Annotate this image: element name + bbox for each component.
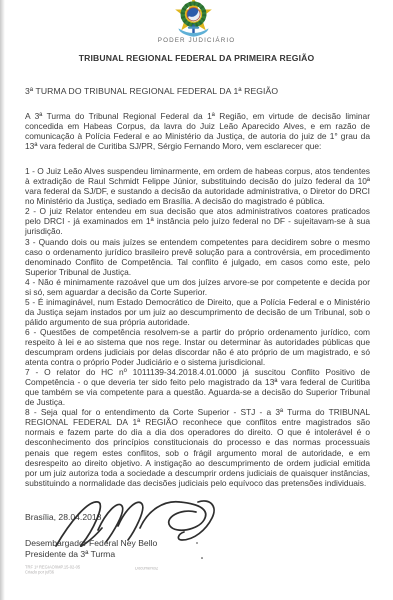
- numbered-items: 1 - O Juiz Leão Alves suspendeu liminarm…: [25, 166, 370, 488]
- scan-edge-shadow: [0, 0, 5, 600]
- document-title: 3ª TURMA DO TRIBUNAL REGIONAL FEDERAL DA…: [25, 86, 370, 96]
- document-body: A 3ª Turma do Tribunal Regional Federal …: [25, 111, 370, 488]
- numbered-item-3: 3 - Quando dois ou mais juízes se entend…: [25, 237, 370, 277]
- numbered-item-4: 4 - Não é minimamente razoável que um do…: [25, 277, 370, 297]
- scan-noise-speck: [201, 557, 203, 559]
- scan-noise-speck: [196, 542, 198, 544]
- footer-stamp-left: TRF 1ª REGIÃO/IMP.15-02-05 Criado por ju…: [25, 566, 80, 576]
- poder-judiciario-label: PODER JUDICIÁRIO: [0, 37, 393, 44]
- numbered-item-8: 8 - Seja qual for o entendimento da Cort…: [25, 407, 370, 487]
- emblem-crossguard: [188, 26, 199, 28]
- numbered-item-5: 5 - É inimaginável, num Estado Democráti…: [25, 297, 370, 327]
- tribunal-header: TRIBUNAL REGIONAL FEDERAL DA PRIMEIRA RE…: [0, 53, 393, 63]
- numbered-item-2: 2 - O juiz Relator entendeu em sua decis…: [25, 206, 370, 236]
- brazil-coat-of-arms-icon: [170, 0, 217, 39]
- scanned-document-page: PODER JUDICIÁRIO TRIBUNAL REGIONAL FEDER…: [0, 0, 393, 600]
- numbered-item-7: 7 - O relator do HC nº 1011139-34.2018.4…: [25, 367, 370, 407]
- footer-document-name: Documento2: [135, 567, 158, 571]
- numbered-item-6: 6 - Questões de competência resolvem-se …: [25, 327, 370, 367]
- signature-block: Desembargador Federal Ney Bello Presiden…: [25, 538, 157, 560]
- numbered-item-1: 1 - O Juiz Leão Alves suspendeu liminarm…: [25, 166, 370, 206]
- signer-name: Desembargador Federal Ney Bello: [25, 538, 157, 549]
- signer-title: Presidente da 3ª Turma: [25, 549, 157, 560]
- footer-stamp-line2: Criado por juf36: [25, 571, 80, 576]
- intro-paragraph: A 3ª Turma do Tribunal Regional Federal …: [25, 111, 370, 151]
